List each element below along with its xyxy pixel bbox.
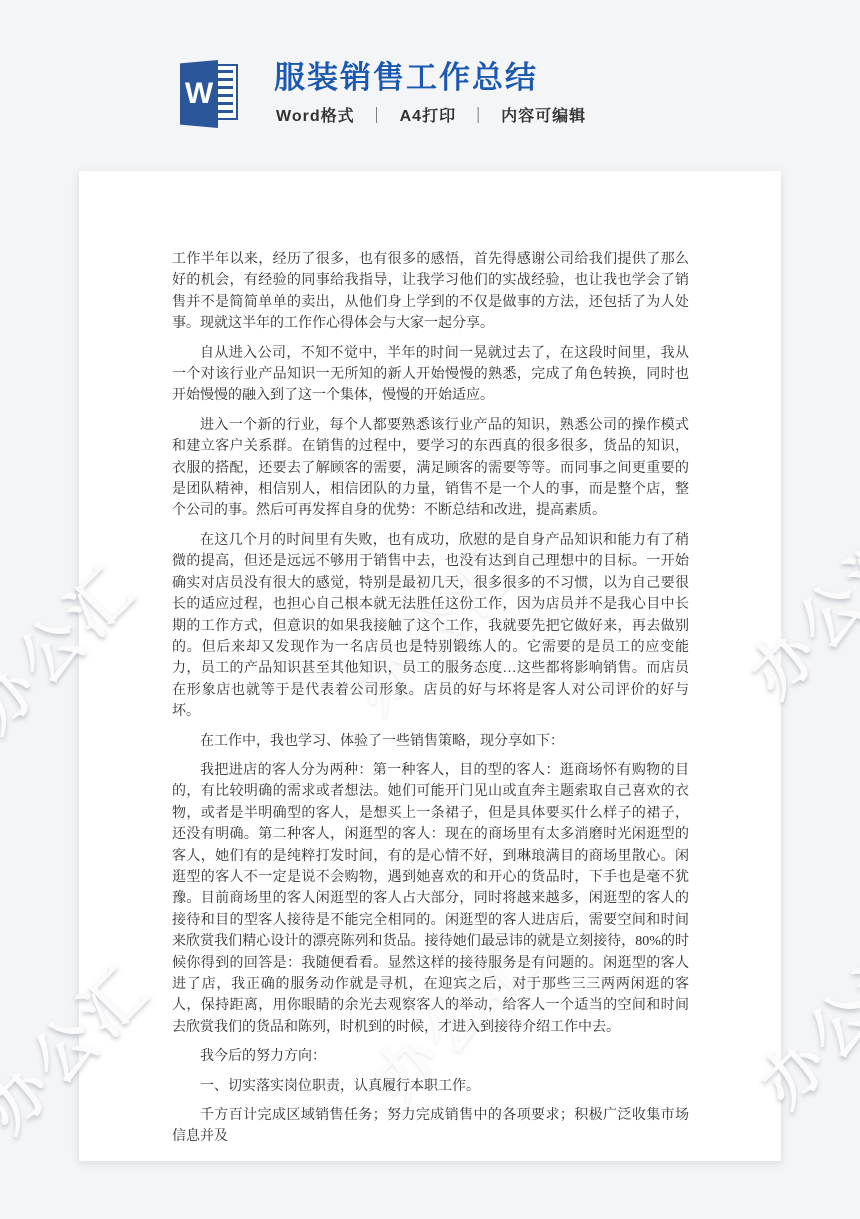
document-paragraph: 自从进入公司，不知不觉中，半年的时间一晃就过去了，在这段时间里，我从一个对该行业… [172,343,689,407]
document-title[interactable]: 服装销售工作总结 [274,52,538,97]
subtitle-separator: ｜ [470,108,487,125]
document-format-info: Word格式｜A4打印｜内容可编辑 [276,103,586,126]
document-header: W 服装销售工作总结 Word格式｜A4打印｜内容可编辑 [0,0,860,160]
word-icon-panel: W [180,60,218,128]
document-paragraph: 在工作中，我也学习、体验了一些销售策略，现分享如下： [172,731,689,752]
document-paragraph: 一、切实落实岗位职责，认真履行本职工作。 [172,1076,689,1097]
document-preview-page: { "header": { "title": "服装销售工作总结", "icon… [0,0,860,1219]
document-paragraph: 我今后的努力方向： [172,1046,689,1067]
document-paragraph: 在这几个月的时间里有失败，也有成功，欣慰的是自身产品知识和能力有了稍微的提高，但… [172,530,689,723]
document-paragraph: 进入一个新的行业，每个人都要熟悉该行业产品的知识，熟悉公司的操作模式和建立客户关… [172,415,689,522]
subtitle-separator: ｜ [369,108,386,125]
word-file-icon: W [180,60,238,128]
document-paragraph: 千方百计完成区域销售任务；努力完成销售中的各项要求；积极广泛收集市场信息并及 [172,1105,689,1148]
subtitle-item: 内容可编辑 [501,108,586,125]
document-paragraph: 我把进店的客人分为两种：第一种客人，目的型的客人：逛商场怀有购物的目的，有比较明… [172,760,689,1038]
word-icon-letter: W [185,79,213,109]
subtitle-item: A4打印 [400,108,456,125]
document-paragraph: 工作半年以来，经历了很多，也有很多的感悟，首先得感谢公司给我们提供了那么好的机会… [172,249,689,335]
document-body: 工作半年以来，经历了很多，也有很多的感悟，首先得感谢公司给我们提供了那么好的机会… [79,171,781,1161]
subtitle-item: Word格式 [276,108,355,125]
